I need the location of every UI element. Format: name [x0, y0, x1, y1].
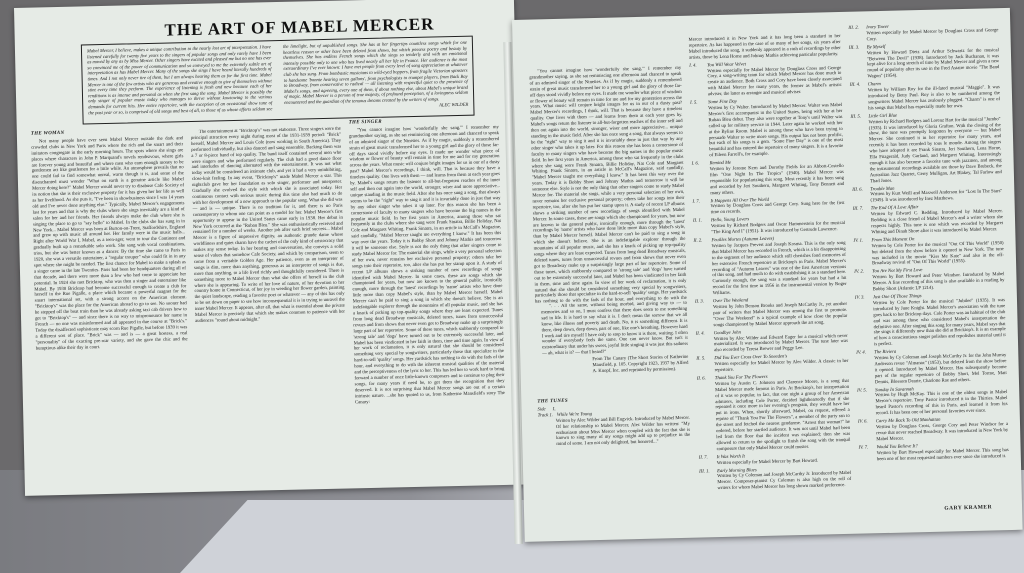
track-item: III. 3.By MyselfWritten by Howard Dietz …	[849, 42, 1000, 81]
singer-text-continued: "You cannot imagine how 'wonderfully she…	[529, 66, 687, 305]
track-title: The Riviera	[874, 350, 896, 356]
track-number: II. 6.	[697, 376, 715, 382]
track-number: I. 4.	[689, 63, 707, 69]
bricktop-text: The entertainment at "Bricktop's" was no…	[191, 127, 345, 325]
track-desc: Written by Howard Dietz and Arthur Schwa…	[849, 48, 1000, 81]
track-title: You Will Wear Velvet	[707, 62, 746, 68]
singer-text: "You cannot imagine how 'wonderfully she…	[349, 125, 505, 406]
track-item: I. 4.You Will Wear VelvetWritten especia…	[689, 60, 842, 99]
track-desc: Written by Hugh McKay. This is one of th…	[857, 390, 1008, 417]
track-item: II. 2.Feuilles Mortes (Autumn Leaves)Wri…	[693, 235, 846, 298]
track-desc: Written especially for Mabel Mercer by A…	[696, 359, 848, 375]
track-item: III. 1.Early Morning BluesWritten by Cy …	[699, 465, 852, 492]
track-desc: Written by Alec Wilder and Bill Engvick.…	[538, 415, 691, 448]
track-number: III. 7.	[853, 207, 871, 213]
track-number: IV. 7.	[858, 445, 876, 451]
track-desc: Written by Kurt Weill and Maxwell Anders…	[852, 190, 1002, 205]
track-number: II. 4.	[696, 331, 714, 337]
track-desc: Written by Douglass Cross and George Cor…	[693, 201, 845, 217]
track-desc: Written by Cy Coleman and Joseph McCarth…	[856, 353, 1007, 386]
track-desc: Mercer introduced it in New York and it …	[688, 34, 841, 61]
track-item: II. 5.Did You Ever Cross Over To Sneeden…	[696, 353, 848, 374]
track-side-label: Side I, Track 1.	[537, 407, 555, 419]
track-title: Charm	[868, 82, 881, 87]
quote-text: ". . . All the same, without being morbi…	[541, 301, 688, 358]
track-number: III. 4.	[850, 82, 868, 88]
track-number: I. 6.	[692, 161, 710, 167]
track-item: I. 6.Remind MeWritten by Jerome Kern and…	[692, 158, 845, 197]
track-number: II. 7.	[699, 455, 717, 461]
track-item: IV. 6.Carry Me Back To Old ManhattanWrit…	[858, 416, 1009, 443]
track-desc: Written by Cole Porter for the musical "…	[855, 298, 1006, 349]
track-title: It Was Worth It	[717, 454, 745, 460]
left-panel: THE ART OF MABEL MERCER Mabel Mercer, I …	[14, 0, 525, 496]
track-number: III. 5.	[850, 114, 868, 120]
track-desc: Written by Bart Howard and Peter Windsor…	[854, 272, 1004, 293]
column-bricktop: The entertainment at "Bricktop's" was no…	[191, 127, 349, 486]
track-number: IV. 4.	[856, 350, 874, 356]
track-title: Ivory Tower	[866, 25, 889, 31]
column-singer-continued: "You cannot imagine how 'wonderfully she…	[529, 66, 687, 305]
track-item: Side I, Track 1. While We're Young Writt…	[537, 404, 690, 449]
track-desc: Written by Austin C. Johnson and Clarenc…	[697, 379, 851, 454]
track-desc: Written by Richard Rodgers and Oscar Ham…	[693, 221, 845, 237]
track-title: While We're Young	[557, 412, 592, 418]
track-item: II. 7.It Was Worth ItWritten especially …	[699, 452, 851, 468]
track-desc: Written by Edward C. Redding. Introduced…	[853, 209, 1004, 236]
column-tunes-start: THE TUNES Side I, Track 1. While We're Y…	[537, 394, 692, 528]
track-desc: Written especially for Mabel Mercer by D…	[848, 28, 998, 43]
track-desc: Written by Cy Coleman and Joseph McCarth…	[699, 471, 851, 492]
track-item: II. 4.Goodbye JohnWritten by Alec Wilder…	[696, 327, 849, 354]
track-desc: Written by Jerome Kern and Dorothy Field…	[692, 164, 845, 197]
track-item	[859, 461, 1009, 471]
quote-block: ". . . All the same, without being morbi…	[541, 301, 689, 395]
track-item: IV. 5.Sunday In SavannahWritten by Hugh …	[857, 385, 1008, 418]
track-number: III. 3.	[849, 45, 867, 51]
track-desc: Written by Cole Porter for the musical "…	[854, 241, 1005, 268]
right-panel: "You cannot imagine how 'wonderfully she…	[512, 8, 1023, 542]
track-title: Goodbye John	[714, 330, 741, 336]
woman-text: Not many people have ever seen Mabel Mer…	[31, 136, 188, 352]
column-singer: THE SINGER "You cannot imagine how 'wond…	[349, 115, 507, 478]
track-number: IV. 1.	[853, 238, 871, 244]
track-title: Over The Weekend	[713, 298, 748, 304]
track-number: II. 1.	[693, 218, 711, 224]
track-desc: Written especially for Mabel Mercer by D…	[689, 66, 842, 99]
track-desc	[859, 467, 1009, 471]
track-number: IV. 2.	[854, 270, 872, 276]
track-item: III. 7.The End Of A Love AffairWritten b…	[853, 203, 1004, 236]
track-item: III. 2.Ivory TowerWritten especially for…	[848, 22, 998, 43]
track-item: II. 1.Hello, Young LoversWritten by Rich…	[693, 215, 845, 236]
track-desc: Written by Alec Wilder and Edward Eager …	[696, 333, 848, 354]
track-number: IV. 5.	[857, 388, 875, 394]
track-title: By Myself	[867, 45, 886, 50]
track-number: III. 6.	[852, 187, 870, 193]
track-item: IV. 2.You Are Not My First LoveWritten b…	[854, 266, 1005, 293]
quote-citation: From The Canary (The Short Stories of Ka…	[542, 355, 688, 376]
track-title: Some Fine Day	[708, 100, 737, 106]
track-item: I. 7.It Happens All Over The WorldWritte…	[692, 195, 844, 216]
track-item: IV. 1.From This Moment OnWritten by Cole…	[853, 235, 1004, 268]
track-number: II. 2.	[693, 238, 711, 244]
track-item: III. 5.Little Girl BlueWritten by Richar…	[850, 111, 1002, 186]
track-desc: Written by John Benson Brooks and Joseph…	[695, 302, 848, 329]
track-number: I. 7.	[692, 199, 710, 205]
track-number: III. 2.	[848, 25, 866, 31]
track-item: Mercer introduced it in New York and it …	[688, 34, 841, 61]
track-desc: Written by Douglass Cross, George Cory a…	[858, 422, 1008, 443]
column-woman: THE WOMAN Not many people have ever seen…	[31, 126, 191, 489]
column-tunes-middle: Mercer introduced it in New York and it …	[688, 34, 852, 528]
track-item: IV. 3.Just One Of Those ThingsWritten by…	[855, 292, 1006, 349]
track-number: III. 1.	[699, 469, 717, 475]
track-item: II. 6.Thank You For The FlowersWritten b…	[697, 373, 851, 453]
track-desc: Written by Jacques Prevert and Joseph Ko…	[694, 241, 847, 298]
track-desc: Written by Richard Rodgers and Lorenz Ha…	[851, 117, 1003, 186]
track-item: III. 4.CharmWritten by William Roy for t…	[850, 79, 1001, 112]
track-title: Trouble Man	[870, 186, 894, 192]
track-item: II. 3.Over The WeekendWritten by John Be…	[695, 296, 848, 329]
track-item: III. 6.Trouble ManWritten by Kurt Weill …	[852, 184, 1002, 205]
author-signature: GARY KRAMER	[944, 504, 992, 511]
track-item: IV. 7.Would You Believe It?Written by Ba…	[858, 442, 1008, 463]
intro-box: Mabel Mercer, I believe, makes a unique …	[81, 36, 475, 125]
track-number: II. 3.	[695, 299, 713, 305]
track-desc: Written by Cy Walter. Introduced by Mabe…	[690, 103, 843, 160]
track-item: IV. 4.The RivieraWritten by Cy Coleman a…	[856, 347, 1007, 386]
track-number: IV. 3.	[855, 295, 873, 301]
track-desc: Written by William Roy for the ill-fated…	[850, 85, 1001, 112]
track-title: Little Girl Blue	[868, 113, 897, 119]
track-number: II. 5.	[696, 356, 714, 362]
track-title: Would You Believe It?	[876, 444, 917, 450]
track-item: I. 5.Some Fine DayWritten by Cy Walter. …	[690, 97, 843, 160]
column-tunes-right: III. 2.Ivory TowerWritten especially for…	[848, 22, 1010, 516]
track-title: From This Moment On	[871, 237, 914, 243]
track-number: IV. 6.	[858, 419, 876, 425]
track-number: I. 5.	[690, 100, 708, 106]
track-title: Remind Me	[710, 161, 732, 167]
